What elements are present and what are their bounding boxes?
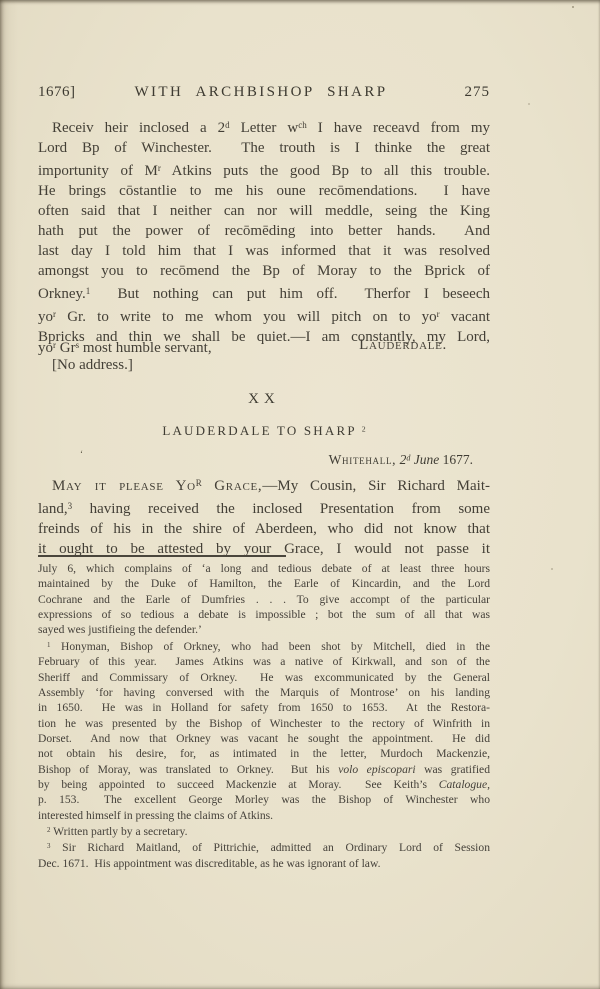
letter1-body: Receiv heir inclosed a 2d Letter wch I h…	[38, 115, 490, 347]
header-title: WITH ARCHBISHOP SHARP	[100, 84, 422, 101]
paper-speck	[572, 6, 574, 8]
letter2-dateline: Whitehall, 2d June 1677.	[38, 452, 490, 468]
header-year: 1676]	[38, 84, 108, 101]
paper-speck	[551, 568, 553, 570]
book-page: 1676] WITH ARCHBISHOP SHARP 275 Receiv h…	[0, 0, 600, 989]
letter2-body: May it please YoR Grace,—My Cousin, Sir …	[38, 473, 490, 559]
section-number: XX	[38, 391, 490, 408]
footnote-separator-rule	[38, 555, 286, 557]
no-address-note: [No address.]	[38, 355, 490, 375]
section-heading: LAUDERDALE TO SHARP 2	[38, 423, 490, 439]
paper-speck	[528, 103, 530, 105]
footnotes-block: July 6, which complains of ‘a long and t…	[38, 561, 490, 871]
header-page-number: 275	[430, 84, 490, 101]
page-header: 1676] WITH ARCHBISHOP SHARP 275	[38, 84, 490, 101]
